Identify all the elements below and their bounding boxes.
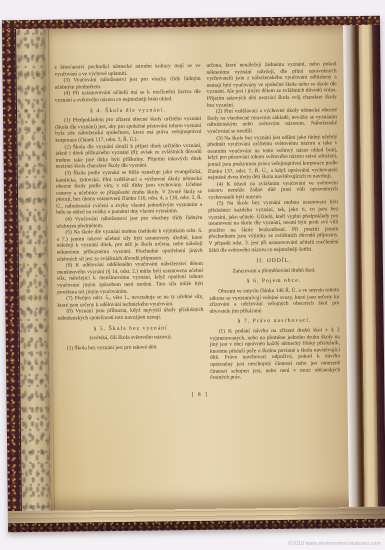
paragraph: (2) Škola dle vyznání slouží k přijetí d… [55, 142, 201, 170]
section-heading: § 7. Právo navrhovací. [210, 318, 340, 326]
paragraph: Obcemi ve smyslu článku 146 Ř. Ú. a ve s… [209, 287, 339, 315]
paragraph: (3) Škola podle vyznání se blíže označuj… [56, 169, 203, 217]
section-heading: (světská, čili škola světového názoru). [58, 334, 204, 342]
section-heading: § 6. Pojem obce. [209, 278, 339, 286]
watermark: ©2010 www.environment-textures.com [288, 541, 381, 547]
page: z křesťanství pochodící německé národní … [45, 25, 349, 511]
page-number: [ 8 ] [58, 390, 341, 399]
section-heading: II. ODDÍL. [209, 257, 339, 265]
paragraph: (4) Při ustanovování učitelů má se k roz… [55, 89, 201, 104]
paragraph: (1) K podání návrhu na zřízení druhů ško… [210, 327, 341, 381]
paragraph: (4) K účasti na zvláštním vyučování ve s… [208, 180, 338, 201]
section-heading: § 4. Škola dle vyznání. [55, 106, 201, 114]
right-column: určena, které nenáležejí žádnému vyznání… [206, 61, 340, 381]
paragraph: určena, které nenáležejí žádnému vyznání… [206, 61, 337, 109]
paragraph: (1) Předpokladem pro zřízení obecné škol… [55, 116, 201, 144]
photo-of-book-page: { "watermark": "©2010 www.environment-te… [0, 0, 385, 550]
left-column: z křesťanství pochodící německé národní … [54, 63, 204, 383]
section-heading: Zařazování a přeměňování druhů škol. [209, 267, 339, 275]
text-columns: z křesťanství pochodící německé národní … [54, 61, 341, 383]
paragraph: (5) Na škole bez vyznání mohou ustanoven… [208, 200, 339, 254]
paragraph: (8) Vyznání jsou příbuzná, když nejvyšší… [57, 307, 203, 322]
paragraph: (5) Na škole dle vyznání mohou (nehledě … [56, 228, 202, 263]
book-body: z křesťanství pochodící německé národní … [2, 25, 385, 512]
paragraph: (3) Na škole bez vyznání jest udíleti ja… [207, 134, 338, 182]
paragraph: (1) Škola bez vyznání jest pro takové dě… [58, 344, 204, 352]
book: z křesťanství pochodící německé národní … [2, 16, 385, 533]
paragraph: (2) Plní vzdělávací a výchovné úkoly něm… [207, 107, 337, 135]
section-heading: § 5. Škola bez vyznání [58, 324, 204, 332]
paragraph: (6) K udělování odděleného vyučování náb… [57, 261, 203, 296]
